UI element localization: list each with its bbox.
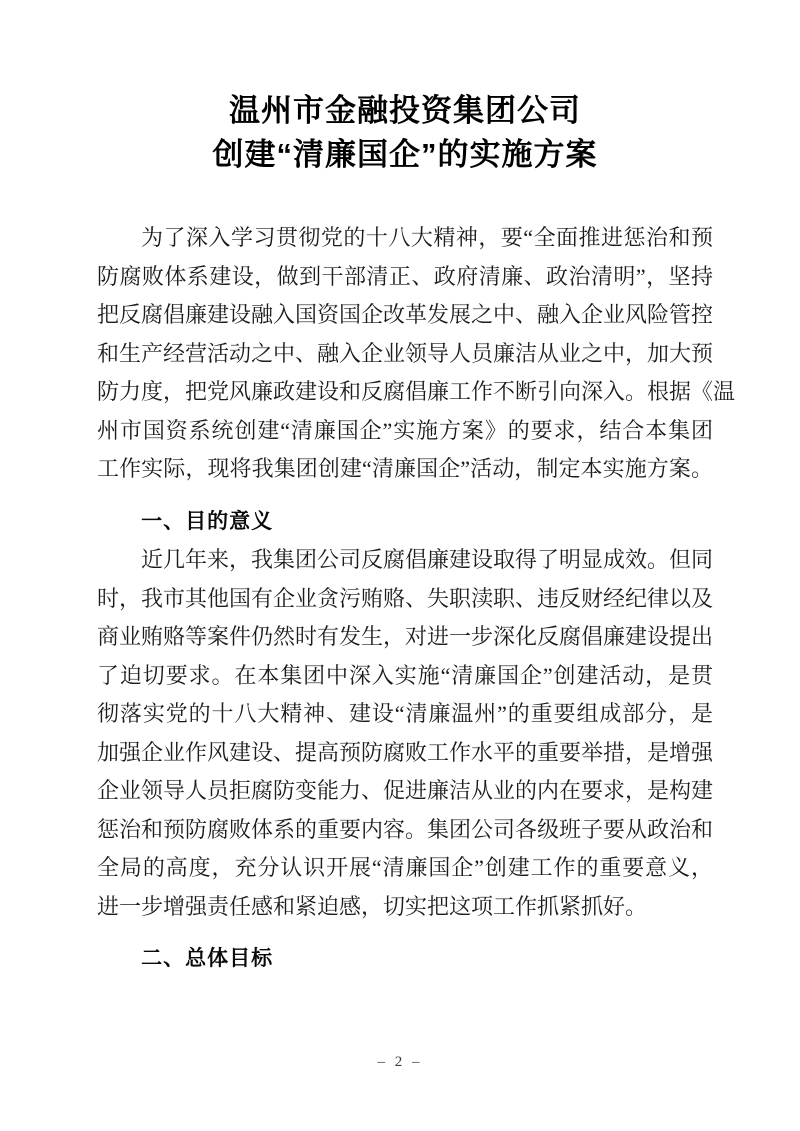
paragraph-line: 进一步增强责任感和紧迫感，切实把这项工作抓紧抓好。	[97, 888, 713, 927]
paragraph-line: 商业贿赂等案件仍然时有发生，对进一步深化反腐倡廉建设提出	[97, 618, 713, 657]
document-page: 温州市金融投资集团公司 创建“清廉国企”的实施方案 为了深入学习贯彻党的十八大精…	[0, 0, 800, 1131]
section-heading-1: 一、目的意义	[97, 503, 713, 542]
paragraph-line: 工作实际，现将我集团创建“清廉国企”活动，制定本实施方案。	[97, 450, 713, 489]
paragraph-line: 彻落实党的十八大精神、建设“清廉温州”的重要组成部分，是	[97, 695, 713, 734]
document-title-line-1: 温州市金融投资集团公司	[97, 89, 713, 133]
paragraph-line: 和生产经营活动之中、融入企业领导人员廉洁从业之中，加大预	[97, 335, 713, 374]
paragraph-line: 把反腐倡廉建设融入国资国企改革发展之中、融入企业风险管控	[97, 296, 713, 335]
document-title: 温州市金融投资集团公司 创建“清廉国企”的实施方案	[97, 0, 713, 177]
paragraph-line: 防力度，把党风廉政建设和反腐倡廉工作不断引向深入。根据《温	[97, 373, 713, 412]
paragraph-line: 为了深入学习贯彻党的十八大精神，要“全面推进惩治和预	[97, 219, 713, 258]
paragraph-line: 州市国资系统创建“清廉国企”实施方案》的要求，结合本集团	[97, 412, 713, 451]
document-title-line-2: 创建“清廉国企”的实施方案	[97, 133, 713, 177]
paragraph-line: 企业领导人员拒腐防变能力、促进廉洁从业的内在要求，是构建	[97, 772, 713, 811]
paragraph-line: 全局的高度，充分认识开展“清廉国企”创建工作的重要意义，	[97, 849, 713, 888]
paragraph-line: 近几年来，我集团公司反腐倡廉建设取得了明显成效。但同	[97, 541, 713, 580]
document-body: 为了深入学习贯彻党的十八大精神，要“全面推进惩治和预 防腐败体系建设，做到干部清…	[97, 219, 713, 979]
page-footer: – 2 –	[0, 1053, 800, 1071]
section-heading-2: 二、总体目标	[97, 940, 713, 979]
paragraph-line: 了迫切要求。在本集团中深入实施“清廉国企”创建活动，是贯	[97, 657, 713, 696]
document-content: 温州市金融投资集团公司 创建“清廉国企”的实施方案 为了深入学习贯彻党的十八大精…	[0, 0, 800, 979]
page-number: – 2 –	[378, 1054, 423, 1070]
paragraph-line: 防腐败体系建设，做到干部清正、政府清廉、政治清明”，坚持	[97, 258, 713, 297]
paragraph-line: 加强企业作风建设、提高预防腐败工作水平的重要举措，是增强	[97, 734, 713, 773]
paragraph-line: 时，我市其他国有企业贪污贿赂、失职渎职、违反财经纪律以及	[97, 580, 713, 619]
paragraph-line: 惩治和预防腐败体系的重要内容。集团公司各级班子要从政治和	[97, 811, 713, 850]
